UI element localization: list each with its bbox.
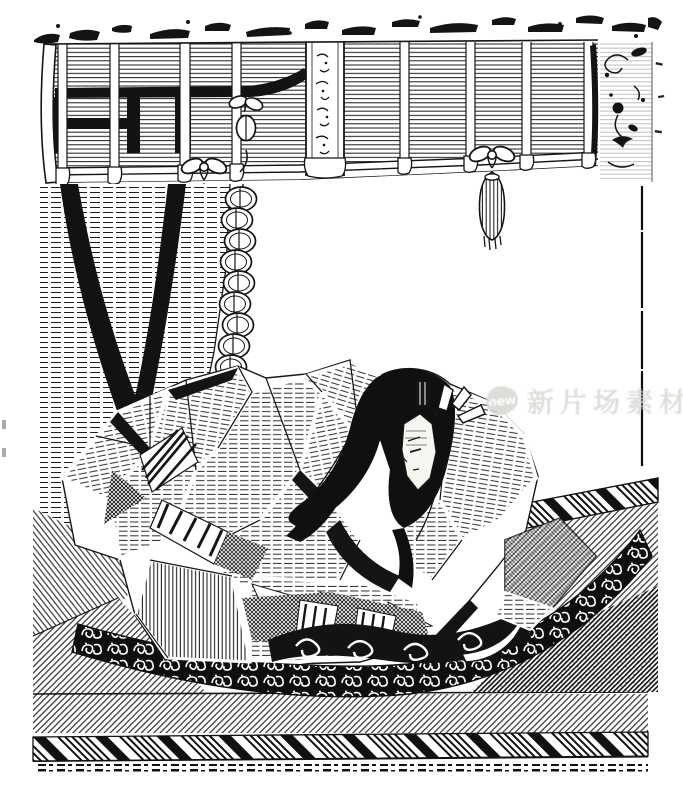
stock-image-page: new 新片场素材 [0,0,683,800]
bamboo-blind [41,40,598,186]
stripe-band-bottom [33,732,648,761]
patterned-ribbon [306,42,344,176]
engraving-illustration [0,0,683,800]
tick-row [36,764,648,772]
